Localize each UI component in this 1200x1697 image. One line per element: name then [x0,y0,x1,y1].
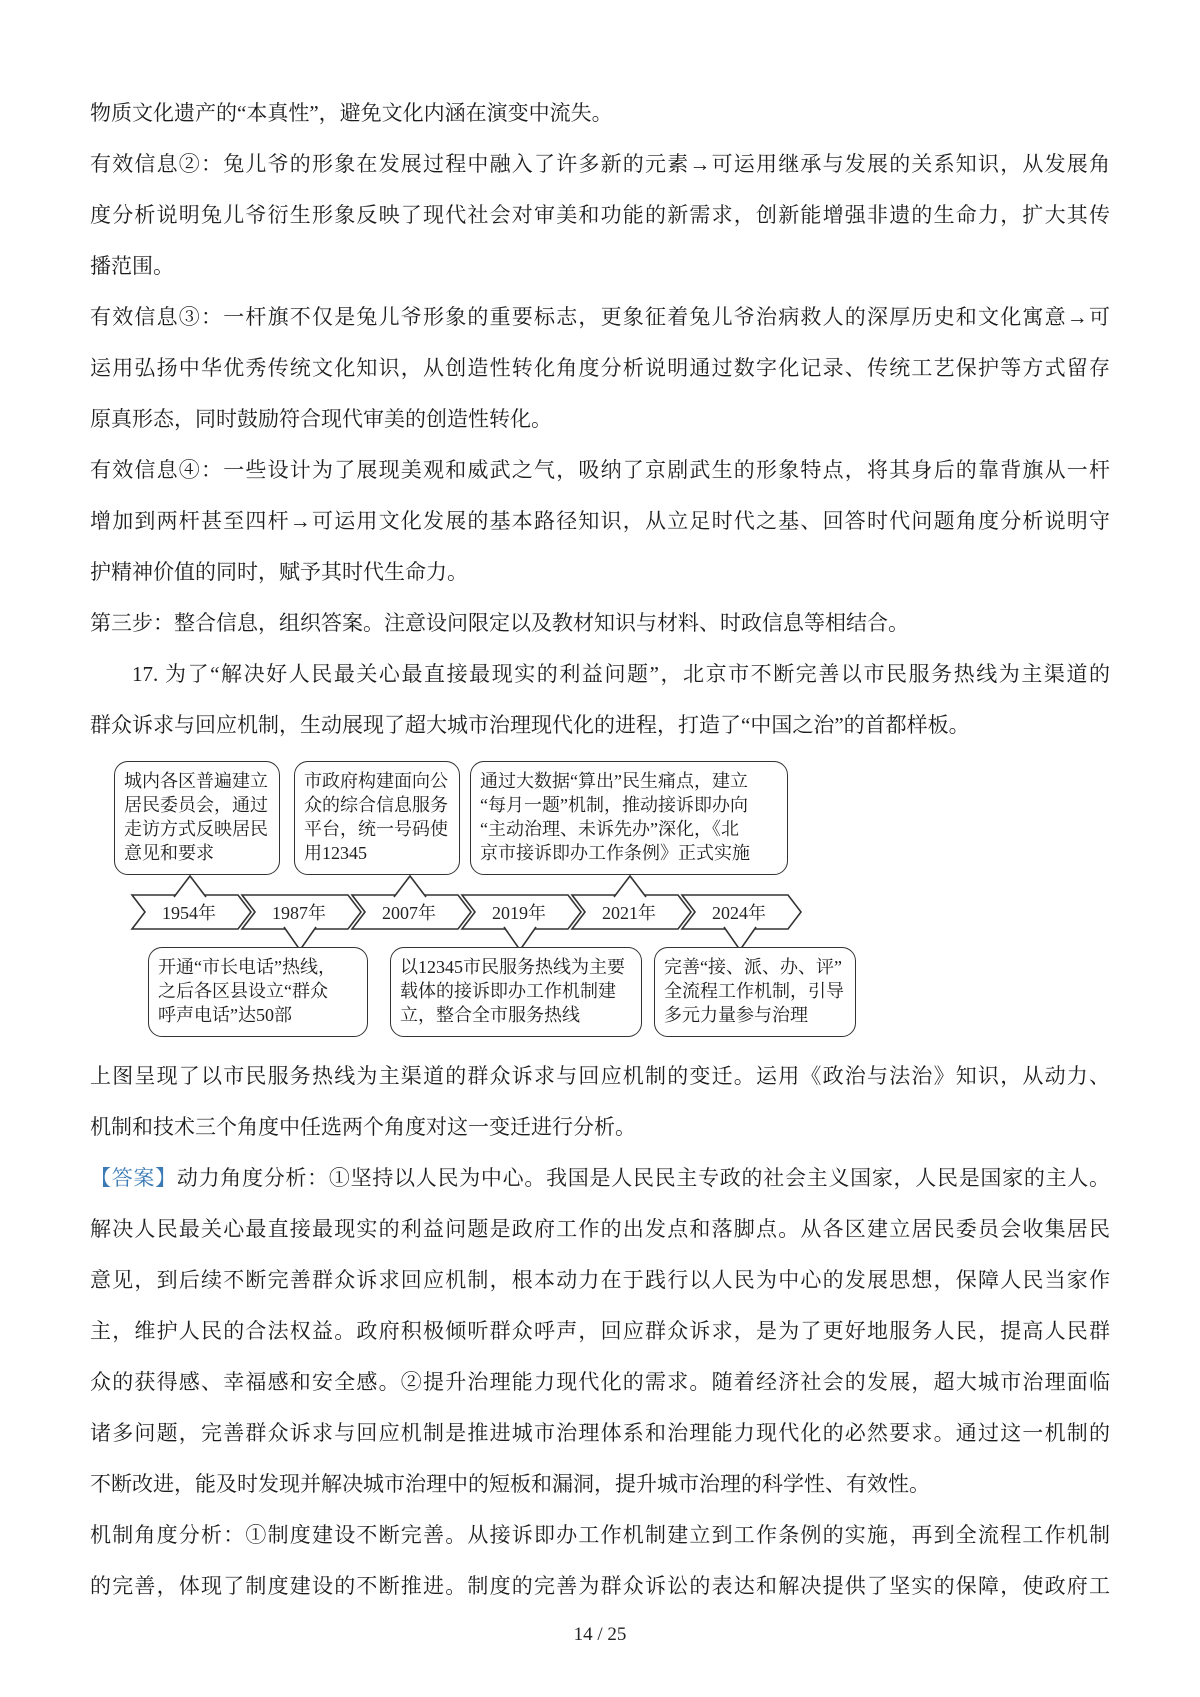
text-line: 有效信息④：一些设计为了展现美观和威武之气，吸纳了京剧武生的形象特点，将其身后的… [90,445,1110,496]
box-line: 众的综合信息服务 [304,793,450,817]
text-line: 护精神价值的同时，赋予其时代生命力。 [90,547,1110,598]
box-line: 居民委员会，通过 [124,793,270,817]
text-line: 物质文化遗产的“本真性”，避免文化内涵在演变中流失。 [90,88,1110,139]
text-line: 第三步：整合信息，组织答案。注意设问限定以及教材知识与材料、时政信息等相结合。 [90,598,1110,649]
box-line: 载体的接诉即办工作机制建 [400,979,632,1003]
timeline-year: 2007年 [382,902,436,923]
box-line: 完善“接、派、办、评” [664,955,846,979]
paragraph-question-17: 17. 为了“解决好人民最关心最直接最现实的利益问题”，北京市不断完善以市民服务… [90,649,1110,751]
text-line: 主，维护人民的合法权益。政府积极倾听群众呼声，回应群众诉求，是为了更好地服务人民… [90,1306,1110,1357]
page-content: 物质文化遗产的“本真性”，避免文化内涵在演变中流失。 有效信息②：兔儿爷的形象在… [90,88,1110,1612]
timeline-top-box-2021: 通过大数据“算出”民生痛点，建立 “每月一题”机制，推动接诉即办向 “主动治理、… [470,761,788,875]
text-line: 上图呈现了以市民服务热线为主渠道的群众诉求与回应机制的变迁。运用《政治与法治》知… [90,1051,1110,1102]
box-line: 呼声电话”达50部 [158,1003,358,1027]
answer-label: 【答案】 [90,1166,177,1190]
timeline-chevron-band: 1954年 1987年 2007年 2019年 2021年 2024年 [102,873,862,953]
answer-first-line: 【答案】动力角度分析：①坚持以人民为中心。我国是人民民主专政的社会主义国家，人民… [90,1153,1110,1204]
paragraph-info2: 有效信息②：兔儿爷的形象在发展过程中融入了许多新的元素→可运用继承与发展的关系知… [90,139,1110,292]
box-line: 市政府构建面向公 [304,769,450,793]
document-page: 物质文化遗产的“本真性”，避免文化内涵在演变中流失。 有效信息②：兔儿爷的形象在… [0,0,1200,1697]
text-line: 诸多问题，完善群众诉求与回应机制是推进城市治理体系和治理能力现代化的必然要求。通… [90,1408,1110,1459]
text-line: 原真形态，同时鼓励符合现代审美的创造性转化。 [90,394,1110,445]
timeline-bottom-box-2019: 以12345市民服务热线为主要 载体的接诉即办工作机制建 立，整合全市服务热线 [390,947,642,1037]
text-line: 运用弘扬中华优秀传统文化知识，从创造性转化角度分析说明通过数字化记录、传统工艺保… [90,343,1110,394]
box-line: 用12345 [304,841,450,865]
box-line: 之后各区县设立“群众 [158,979,358,1003]
box-line: 平台，统一号码使 [304,817,450,841]
timeline-year: 2021年 [602,902,656,923]
text-line: 不断改进，能及时发现并解决城市治理中的短板和漏洞，提升城市治理的科学性、有效性。 [90,1459,1110,1510]
box-line: 多元力量参与治理 [664,1003,846,1027]
timeline-top-box-1954: 城内各区普遍建立 居民委员会，通过 走访方式反映居民 意见和要求 [114,761,280,875]
timeline-year: 2024年 [712,902,766,923]
connector-notch-up [614,876,646,897]
text-line: 机制和技术三个角度中任选两个角度对这一变迁进行分析。 [90,1102,1110,1153]
text-line: 有效信息③：一杆旗不仅是兔儿爷形象的重要标志，更象征着兔儿爷治病救人的深厚历史和… [90,292,1110,343]
paragraph-step3: 第三步：整合信息，组织答案。注意设问限定以及教材知识与材料、时政信息等相结合。 [90,598,1110,649]
text-line: 增加到两杆甚至四杆→可运用文化发展的基本路径知识，从立足时代之基、回答时代问题角… [90,496,1110,547]
paragraph-info4: 有效信息④：一些设计为了展现美观和威武之气，吸纳了京剧武生的形象特点，将其身后的… [90,445,1110,598]
box-line: 开通“市长电话”热线， [158,955,358,979]
text-line: 解决人民最关心最直接最现实的利益问题是政府工作的出发点和落脚点。从各区建立居民委… [90,1204,1110,1255]
box-line: 以12345市民服务热线为主要 [400,955,632,979]
text-line: 的完善，体现了制度建设的不断推进。制度的完善为群众诉讼的表达和解决提供了坚实的保… [90,1561,1110,1612]
box-line: 意见和要求 [124,841,270,865]
box-line: 全流程工作机制，引导 [664,979,846,1003]
text-line: 度分析说明兔儿爷衍生形象反映了现代社会对审美和功能的新需求，创新能增强非遗的生命… [90,190,1110,241]
timeline-year: 1954年 [162,902,216,923]
timeline-bottom-box-1987: 开通“市长电话”热线， 之后各区县设立“群众 呼声电话”达50部 [148,947,368,1037]
paragraph-mechanism: 机制角度分析：①制度建设不断完善。从接诉即办工作机制建立到工作条例的实施，再到全… [90,1510,1110,1612]
paragraph-intro: 物质文化遗产的“本真性”，避免文化内涵在演变中流失。 [90,88,1110,139]
box-line: 通过大数据“算出”民生痛点，建立 [480,769,778,793]
timeline-diagram: 1954年 1987年 2007年 2019年 2021年 2024年 城内各区… [102,761,862,1039]
paragraph-answer: 【答案】动力角度分析：①坚持以人民为中心。我国是人民民主专政的社会主义国家，人民… [90,1153,1110,1510]
text-line: 机制角度分析：①制度建设不断完善。从接诉即办工作机制建立到工作条例的实施，再到全… [90,1510,1110,1561]
box-line: 城内各区普遍建立 [124,769,270,793]
timeline-year: 1987年 [272,902,326,923]
timeline-top-box-2007: 市政府构建面向公 众的综合信息服务 平台，统一号码使 用12345 [294,761,460,875]
timeline-year: 2019年 [492,902,546,923]
paragraph-caption: 上图呈现了以市民服务热线为主渠道的群众诉求与回应机制的变迁。运用《政治与法治》知… [90,1051,1110,1153]
connector-notch-up [174,876,206,897]
box-line: “主动治理、未诉先办”深化，《北 [480,817,778,841]
box-line: 京市接诉即办工作条例》正式实施 [480,841,778,865]
box-line: “每月一题”机制，推动接诉即办向 [480,793,778,817]
text-line: 17. 为了“解决好人民最关心最直接最现实的利益问题”，北京市不断完善以市民服务… [90,649,1110,700]
timeline-bottom-box-2024: 完善“接、派、办、评” 全流程工作机制，引导 多元力量参与治理 [654,947,856,1037]
box-line: 走访方式反映居民 [124,817,270,841]
text-line: 有效信息②：兔儿爷的形象在发展过程中融入了许多新的元素→可运用继承与发展的关系知… [90,139,1110,190]
box-line: 立，整合全市服务热线 [400,1003,632,1027]
connector-notch-up [394,876,426,897]
paragraph-info3: 有效信息③：一杆旗不仅是兔儿爷形象的重要标志，更象征着兔儿爷治病救人的深厚历史和… [90,292,1110,445]
text-line: 众的获得感、幸福感和安全感。②提升治理能力现代化的需求。随着经济社会的发展，超大… [90,1357,1110,1408]
answer-line-text: 动力角度分析：①坚持以人民为中心。我国是人民民主专政的社会主义国家，人民是国家的… [177,1166,1110,1190]
page-number: 14 / 25 [0,1624,1200,1646]
text-line: 意见，到后续不断完善群众诉求回应机制，根本动力在于践行以人民为中心的发展思想，保… [90,1255,1110,1306]
text-line: 群众诉求与回应机制，生动展现了超大城市治理现代化的进程，打造了“中国之治”的首都… [90,700,1110,751]
text-line: 播范围。 [90,241,1110,292]
